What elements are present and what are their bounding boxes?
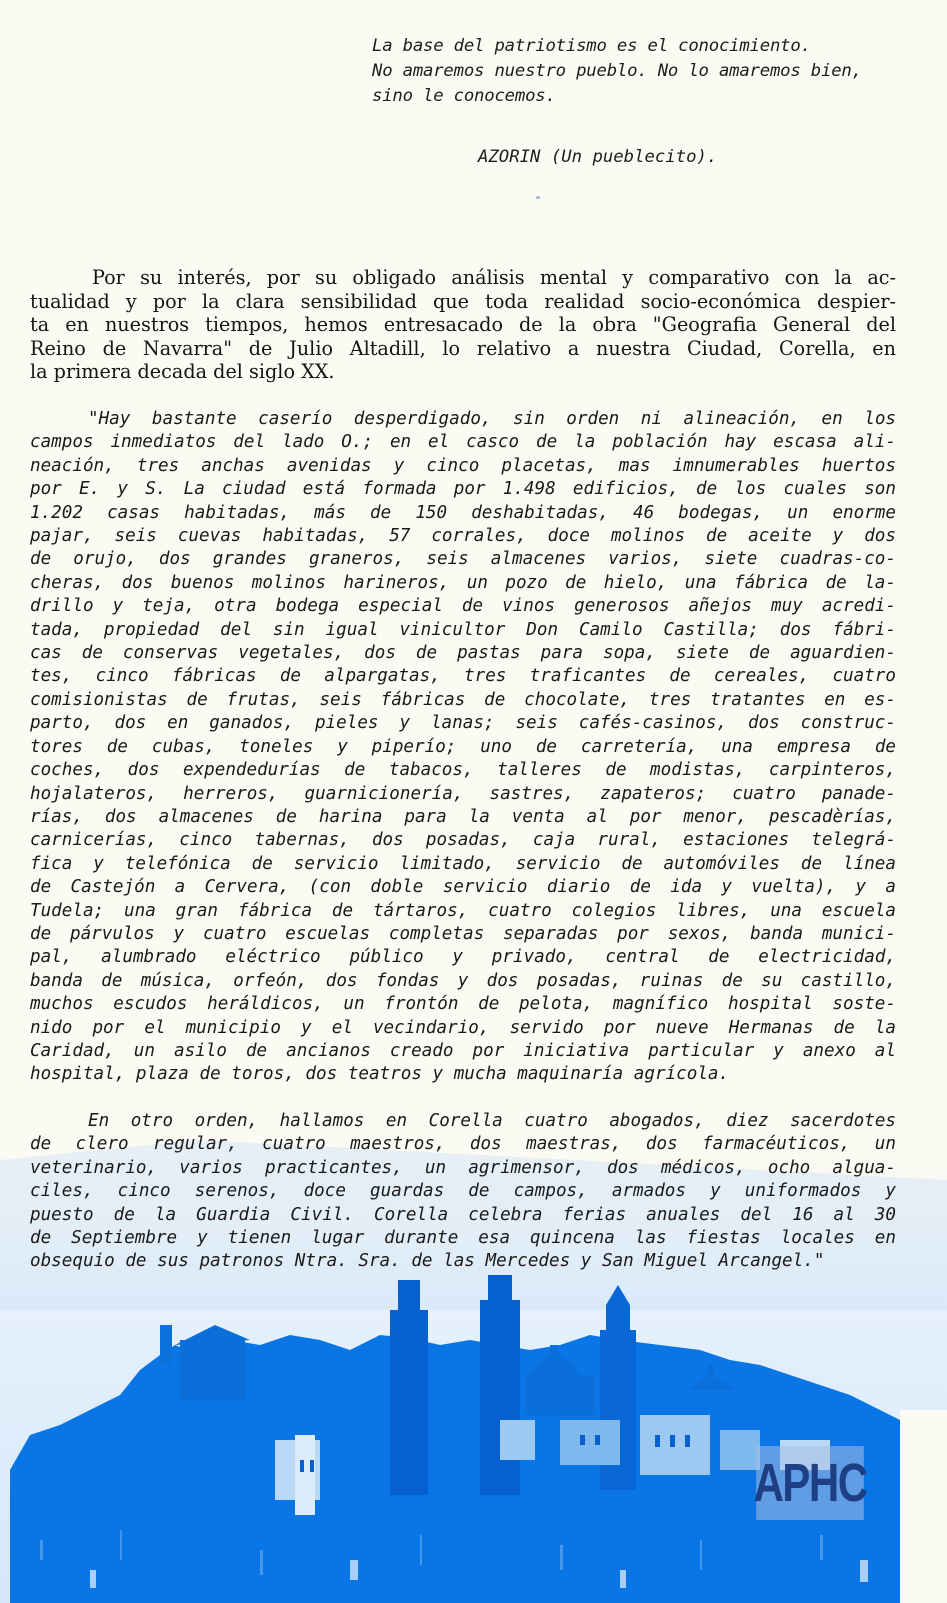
quote-line: de párvulos y cuatro escuelas completas … — [30, 923, 896, 946]
quote-line: parto, dos en ganados, pieles y lanas; s… — [30, 712, 896, 735]
quote-line: "Hay bastante caserío desperdigado, sin … — [30, 408, 896, 431]
quote-line: tores de cubas, toneles y piperío; uno d… — [30, 736, 896, 759]
quote-line: ciles, cinco serenos, doce guardas de ca… — [30, 1180, 896, 1203]
intro-line: tualidad y por la clara sensibilidad que… — [30, 290, 896, 314]
quote-line: 1.202 casas habitadas, más de 150 deshab… — [30, 502, 896, 525]
quote-line: banda de música, orfeón, dos fondas y do… — [30, 970, 896, 993]
intro-line: ta en nuestros tiempos, hemos entresacad… — [30, 313, 896, 337]
quote-line: Caridad, un asilo de ancianos creado por… — [30, 1040, 896, 1063]
epigraph-attribution: AZORIN (Un pueblecito). — [478, 145, 717, 170]
intro-line: Por su interés, por su obligado análisis… — [30, 266, 896, 290]
quote-line: hospital, plaza de toros, dos teatros y … — [30, 1063, 896, 1086]
quote-line: obsequio de sus patronos Ntra. Sra. de l… — [30, 1250, 896, 1273]
quote-line: muchos escudos heráldicos, un frontón de… — [30, 993, 896, 1016]
quote-line: pal, alumbrado eléctrico público y priva… — [30, 946, 896, 969]
quote-line: de Septiembre y tienen lugar durante esa… — [30, 1227, 896, 1250]
quote-line: por E. y S. La ciudad está formada por 1… — [30, 478, 896, 501]
quote-line: de orujo, dos grandes graneros, seis alm… — [30, 548, 896, 571]
quote-line: de clero regular, cuatro maestros, dos m… — [30, 1133, 896, 1156]
quote-line: comisionistas de frutas, seis fábricas d… — [30, 689, 896, 712]
quote-line: drillo y teja, otra bodega especial de v… — [30, 595, 896, 618]
quote-line: carnicerías, cinco tabernas, dos posadas… — [30, 829, 896, 852]
print-speck — [536, 196, 540, 199]
quote-line: puesto de la Guardia Civil. Corella cele… — [30, 1204, 896, 1227]
quote-line: hojalateros, herreros, guarnicionería, s… — [30, 783, 896, 806]
quote-paragraph-1: "Hay bastante caserío desperdigado, sin … — [30, 408, 896, 1087]
quote-paragraph-2: En otro orden, hallamos en Corella cuatr… — [30, 1110, 896, 1274]
quote-line: pajar, seis cuevas habitadas, 57 corrale… — [30, 525, 896, 548]
aphc-watermark-logo: APHC — [756, 1446, 864, 1520]
quote-line: fica y telefónica de servicio limitado, … — [30, 853, 896, 876]
quote-line: En otro orden, hallamos en Corella cuatr… — [30, 1110, 896, 1133]
quote-line: Tudela; una gran fábrica de tártaros, cu… — [30, 900, 896, 923]
epigraph-line: sino le conocemos. — [372, 84, 942, 109]
epigraph: La base del patriotismo es el conocimien… — [372, 34, 942, 109]
quote-line: rías, dos almacenes de harina para la ve… — [30, 806, 896, 829]
epigraph-line: La base del patriotismo es el conocimien… — [372, 34, 942, 59]
intro-paragraph: Por su interés, por su obligado análisis… — [30, 266, 896, 384]
quote-line: tada, propiedad del sin igual vinicultor… — [30, 619, 896, 642]
epigraph-line: No amaremos nuestro pueblo. No lo amarem… — [372, 59, 942, 84]
document-page: La base del patriotismo es el conocimien… — [0, 0, 947, 1603]
quote-line: coches, dos expendedurías de tabacos, ta… — [30, 759, 896, 782]
quote-line: nido por el municipio y el vecindario, s… — [30, 1017, 896, 1040]
quote-line: veterinario, varios practicantes, un agr… — [30, 1157, 896, 1180]
intro-line: Reino de Navarra" de Julio Altadill, lo … — [30, 337, 896, 361]
intro-line: la primera decada del siglo XX. — [30, 360, 896, 384]
quote-line: de Castejón a Cervera, (con doble servic… — [30, 876, 896, 899]
quote-line: cheras, dos buenos molinos harineros, un… — [30, 572, 896, 595]
quote-line: cas de conservas vegetales, dos de pasta… — [30, 642, 896, 665]
quote-line: campos inmediatos del lado O.; en el cas… — [30, 431, 896, 454]
quote-line: neación, tres anchas avenidas y cinco pl… — [30, 455, 896, 478]
quote-line: tes, cinco fábricas de alpargatas, tres … — [30, 665, 896, 688]
